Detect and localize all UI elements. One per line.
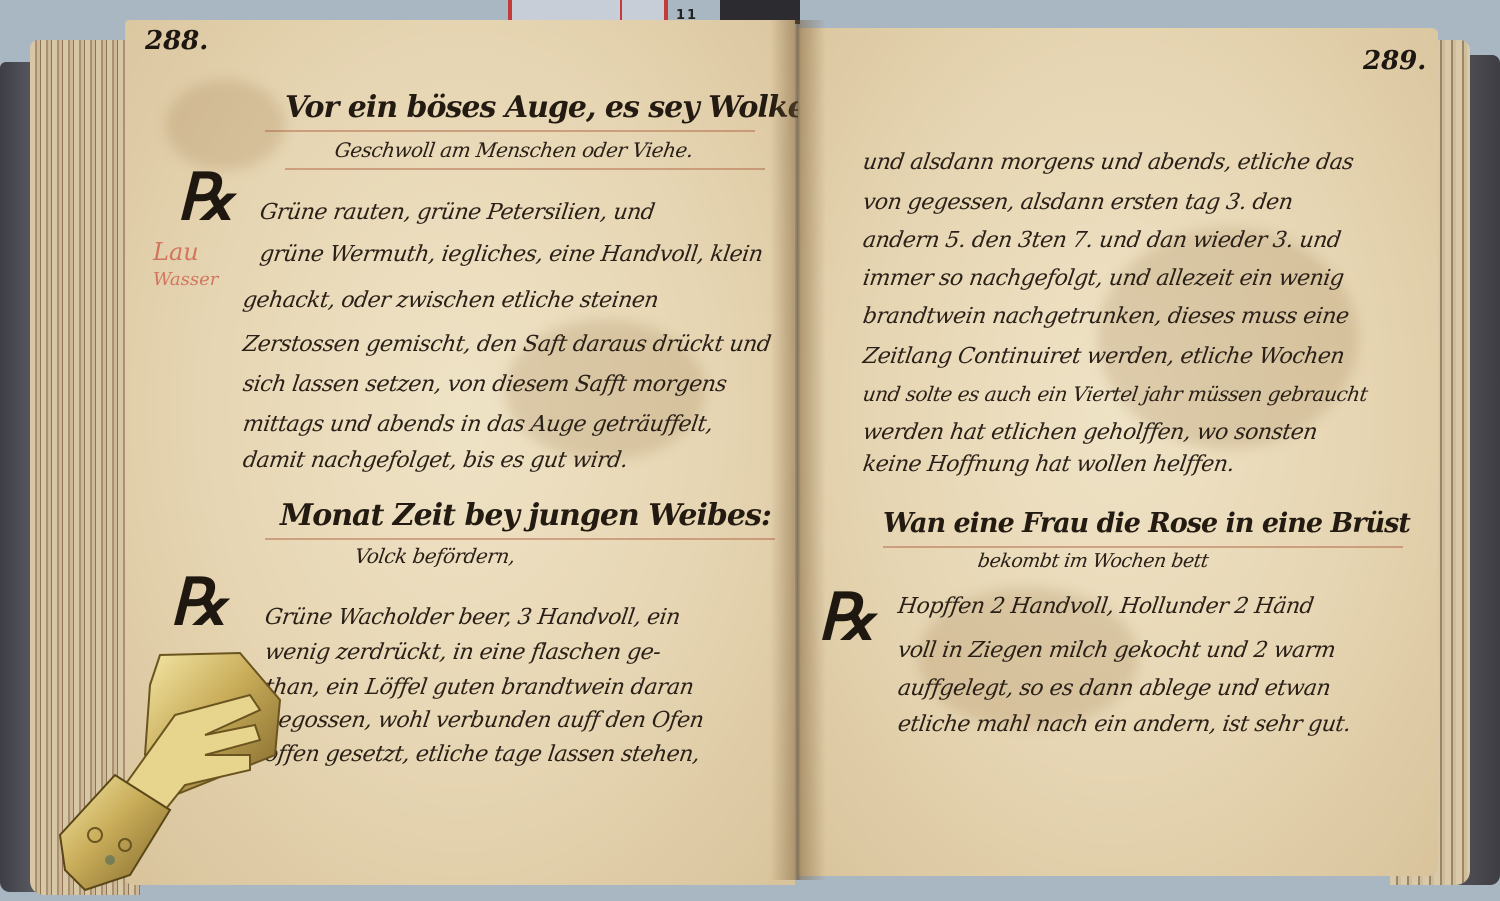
text-line: gegossen, wohl verbunden auff den Ofen [263, 708, 705, 733]
heading-continuation: bekombt im Wochen bett [976, 550, 1209, 572]
ruled-line [883, 546, 1403, 548]
text-line: Grüne rauten, grüne Petersilien, und [258, 200, 656, 225]
text-line: damit nachgefolget, bis es gut wird. [241, 448, 629, 473]
recipe-symbol: ℞ [818, 580, 875, 655]
recipe-heading-breast-rose: Wan eine Frau die Rose in eine Brüst [883, 508, 1410, 539]
stain [1098, 228, 1358, 448]
red-marginal-note: Lau Wasser [153, 238, 218, 294]
recipe-heading-menstruation: Monat Zeit bey jungen Weibes: [280, 498, 771, 533]
heading-continuation: Volck befördern, [353, 544, 516, 568]
text-line: werden hat etlichen geholffen, wo sonste… [861, 420, 1318, 445]
ruled-line [285, 168, 765, 170]
text-line: keine Hoffnung hat wollen helffen. [861, 452, 1236, 477]
ruled-line [265, 130, 755, 132]
recipe-symbol: ℞ [170, 565, 227, 640]
text-line: mittags und abends in das Auge geträuffe… [241, 412, 714, 437]
label-divider [620, 0, 622, 20]
text-line: auffgelegt, so es dann ablege und etwan [896, 676, 1332, 701]
text-line: Zerstossen gemischt, den Saft daraus drü… [241, 332, 772, 357]
text-line: und alsdann morgens und abends, etliche … [861, 150, 1355, 175]
ruled-line [265, 538, 775, 540]
text-line: voll in Ziegen milch gekocht und 2 warm [896, 638, 1337, 663]
text-line: von gegessen, alsdann ersten tag 3. den [861, 190, 1294, 215]
stain [165, 80, 285, 170]
manuscript-photo: 11 288. Vor ein böses Auge, es sey Wolke… [0, 0, 1500, 901]
recipe-symbol: ℞ [177, 160, 234, 235]
text-line: Grüne Wacholder beer, 3 Handvoll, ein [263, 605, 681, 630]
marginal-note-line: Wasser [153, 266, 218, 294]
text-line: gehackt, oder zwischen etliche steinen [241, 288, 660, 313]
text-line: than, ein Löffel guten brandtwein daran [263, 675, 695, 700]
text-line: offen gesetzt, etliche tage lassen stehe… [263, 742, 701, 767]
text-line: sich lassen setzen, von diesem Safft mor… [241, 372, 728, 397]
text-line: Zeitlang Continuiret werden, etliche Woc… [861, 344, 1346, 369]
text-line: Hopffen 2 Handvoll, Hollunder 2 Händ [896, 594, 1315, 619]
recipe-heading-evil-eye: Vor ein böses Auge, es sey Wolken [285, 90, 826, 125]
text-line: brandtwein nachgetrunken, dieses muss ei… [861, 304, 1350, 329]
brass-hand-clip-icon [55, 645, 285, 895]
page-number-288: 288. [145, 26, 208, 56]
page-number-289: 289. [1363, 46, 1426, 76]
text-line: immer so nachgefolgt, und allezeit ein w… [861, 266, 1345, 291]
text-line: grüne Wermuth, iegliches, eine Handvoll,… [258, 242, 764, 267]
text-line: und solte es auch ein Viertel jahr müsse… [861, 382, 1369, 406]
right-page: 289. und alsdann morgens und abends, etl… [798, 28, 1438, 876]
text-line: etliche mahl nach ein andern, ist sehr g… [896, 712, 1352, 737]
marginal-note-line: Lau [153, 238, 218, 266]
text-line: wenig zerdrückt, in eine flaschen ge- [263, 640, 662, 665]
book-gutter [770, 20, 826, 880]
heading-continuation: Geschwoll am Menschen oder Viehe. [333, 138, 694, 162]
text-line: andern 5. den 3ten 7. und dan wieder 3. … [861, 228, 1342, 253]
